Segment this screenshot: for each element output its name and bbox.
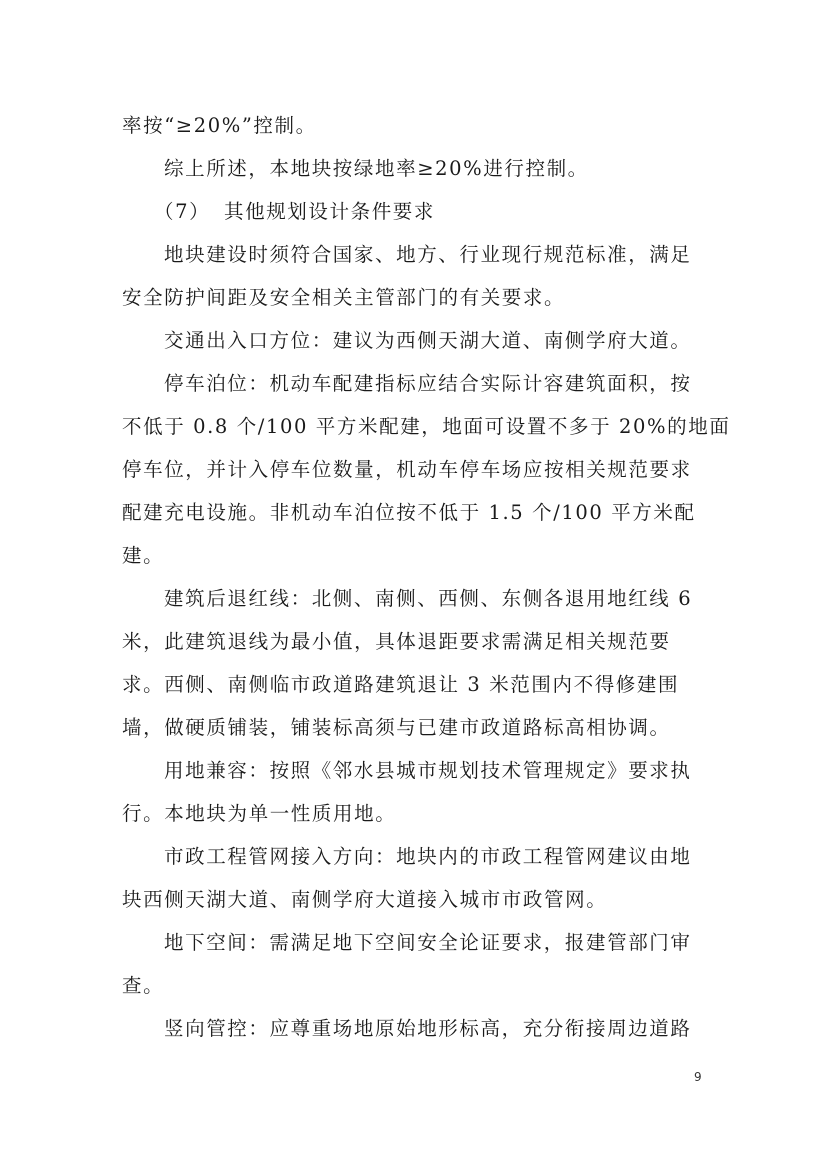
paragraph-line: 建。: [122, 534, 706, 577]
paragraph-line: 地块建设时须符合国家、地方、行业现行规范标准，满足: [122, 233, 706, 276]
paragraph-line: 用地兼容：按照《邻水县城市规划技术管理规定》要求执: [122, 749, 706, 792]
paragraph-line: 率按“≥20%”控制。: [122, 104, 706, 147]
paragraph-line: 配建充电设施。非机动车泊位按不低于 1.5 个/100 平方米配: [122, 491, 706, 534]
section-number: （7）: [154, 190, 224, 233]
paragraph-line: 行。本地块为单一性质用地。: [122, 792, 706, 835]
paragraph-line: 交通出入口方位：建议为西侧天湖大道、南侧学府大道。: [122, 319, 706, 362]
paragraph-line: 市政工程管网接入方向：地块内的市政工程管网建议由地: [122, 835, 706, 878]
section-heading: （7）其他规划设计条件要求: [122, 190, 706, 233]
document-page: 率按“≥20%”控制。 综上所述，本地块按绿地率≥20%进行控制。 （7）其他规…: [0, 0, 826, 1169]
paragraph-line: 墙，做硬质铺装，铺装标高须与已建市政道路标高相协调。: [122, 706, 706, 749]
paragraph-line: 安全防护间距及安全相关主管部门的有关要求。: [122, 276, 706, 319]
paragraph-line: 块西侧天湖大道、南侧学府大道接入城市市政管网。: [122, 878, 706, 921]
paragraph-line: 求。西侧、南侧临市政道路建筑退让 3 米范围内不得修建围: [122, 663, 706, 706]
paragraph-line: 停车位，并计入停车位数量，机动车停车场应按相关规范要求: [122, 448, 706, 491]
paragraph-line: 建筑后退红线：北侧、南侧、西侧、东侧各退用地红线 6: [122, 577, 706, 620]
paragraph-line: 综上所述，本地块按绿地率≥20%进行控制。: [122, 147, 706, 190]
document-body: 率按“≥20%”控制。 综上所述，本地块按绿地率≥20%进行控制。 （7）其他规…: [122, 104, 706, 1050]
page-number: 9: [694, 1070, 702, 1084]
section-title: 其他规划设计条件要求: [224, 200, 435, 223]
paragraph-line: 不低于 0.8 个/100 平方米配建，地面可设置不多于 20%的地面: [122, 405, 706, 448]
paragraph-line: 米，此建筑退线为最小值，具体退距要求需满足相关规范要: [122, 620, 706, 663]
paragraph-line: 停车泊位：机动车配建指标应结合实际计容建筑面积，按: [122, 362, 706, 405]
paragraph-line: 查。: [122, 964, 706, 1007]
paragraph-line: 地下空间：需满足地下空间安全论证要求，报建管部门审: [122, 921, 706, 964]
paragraph-line: 竖向管控：应尊重场地原始地形标高，充分衔接周边道路: [122, 1007, 706, 1050]
